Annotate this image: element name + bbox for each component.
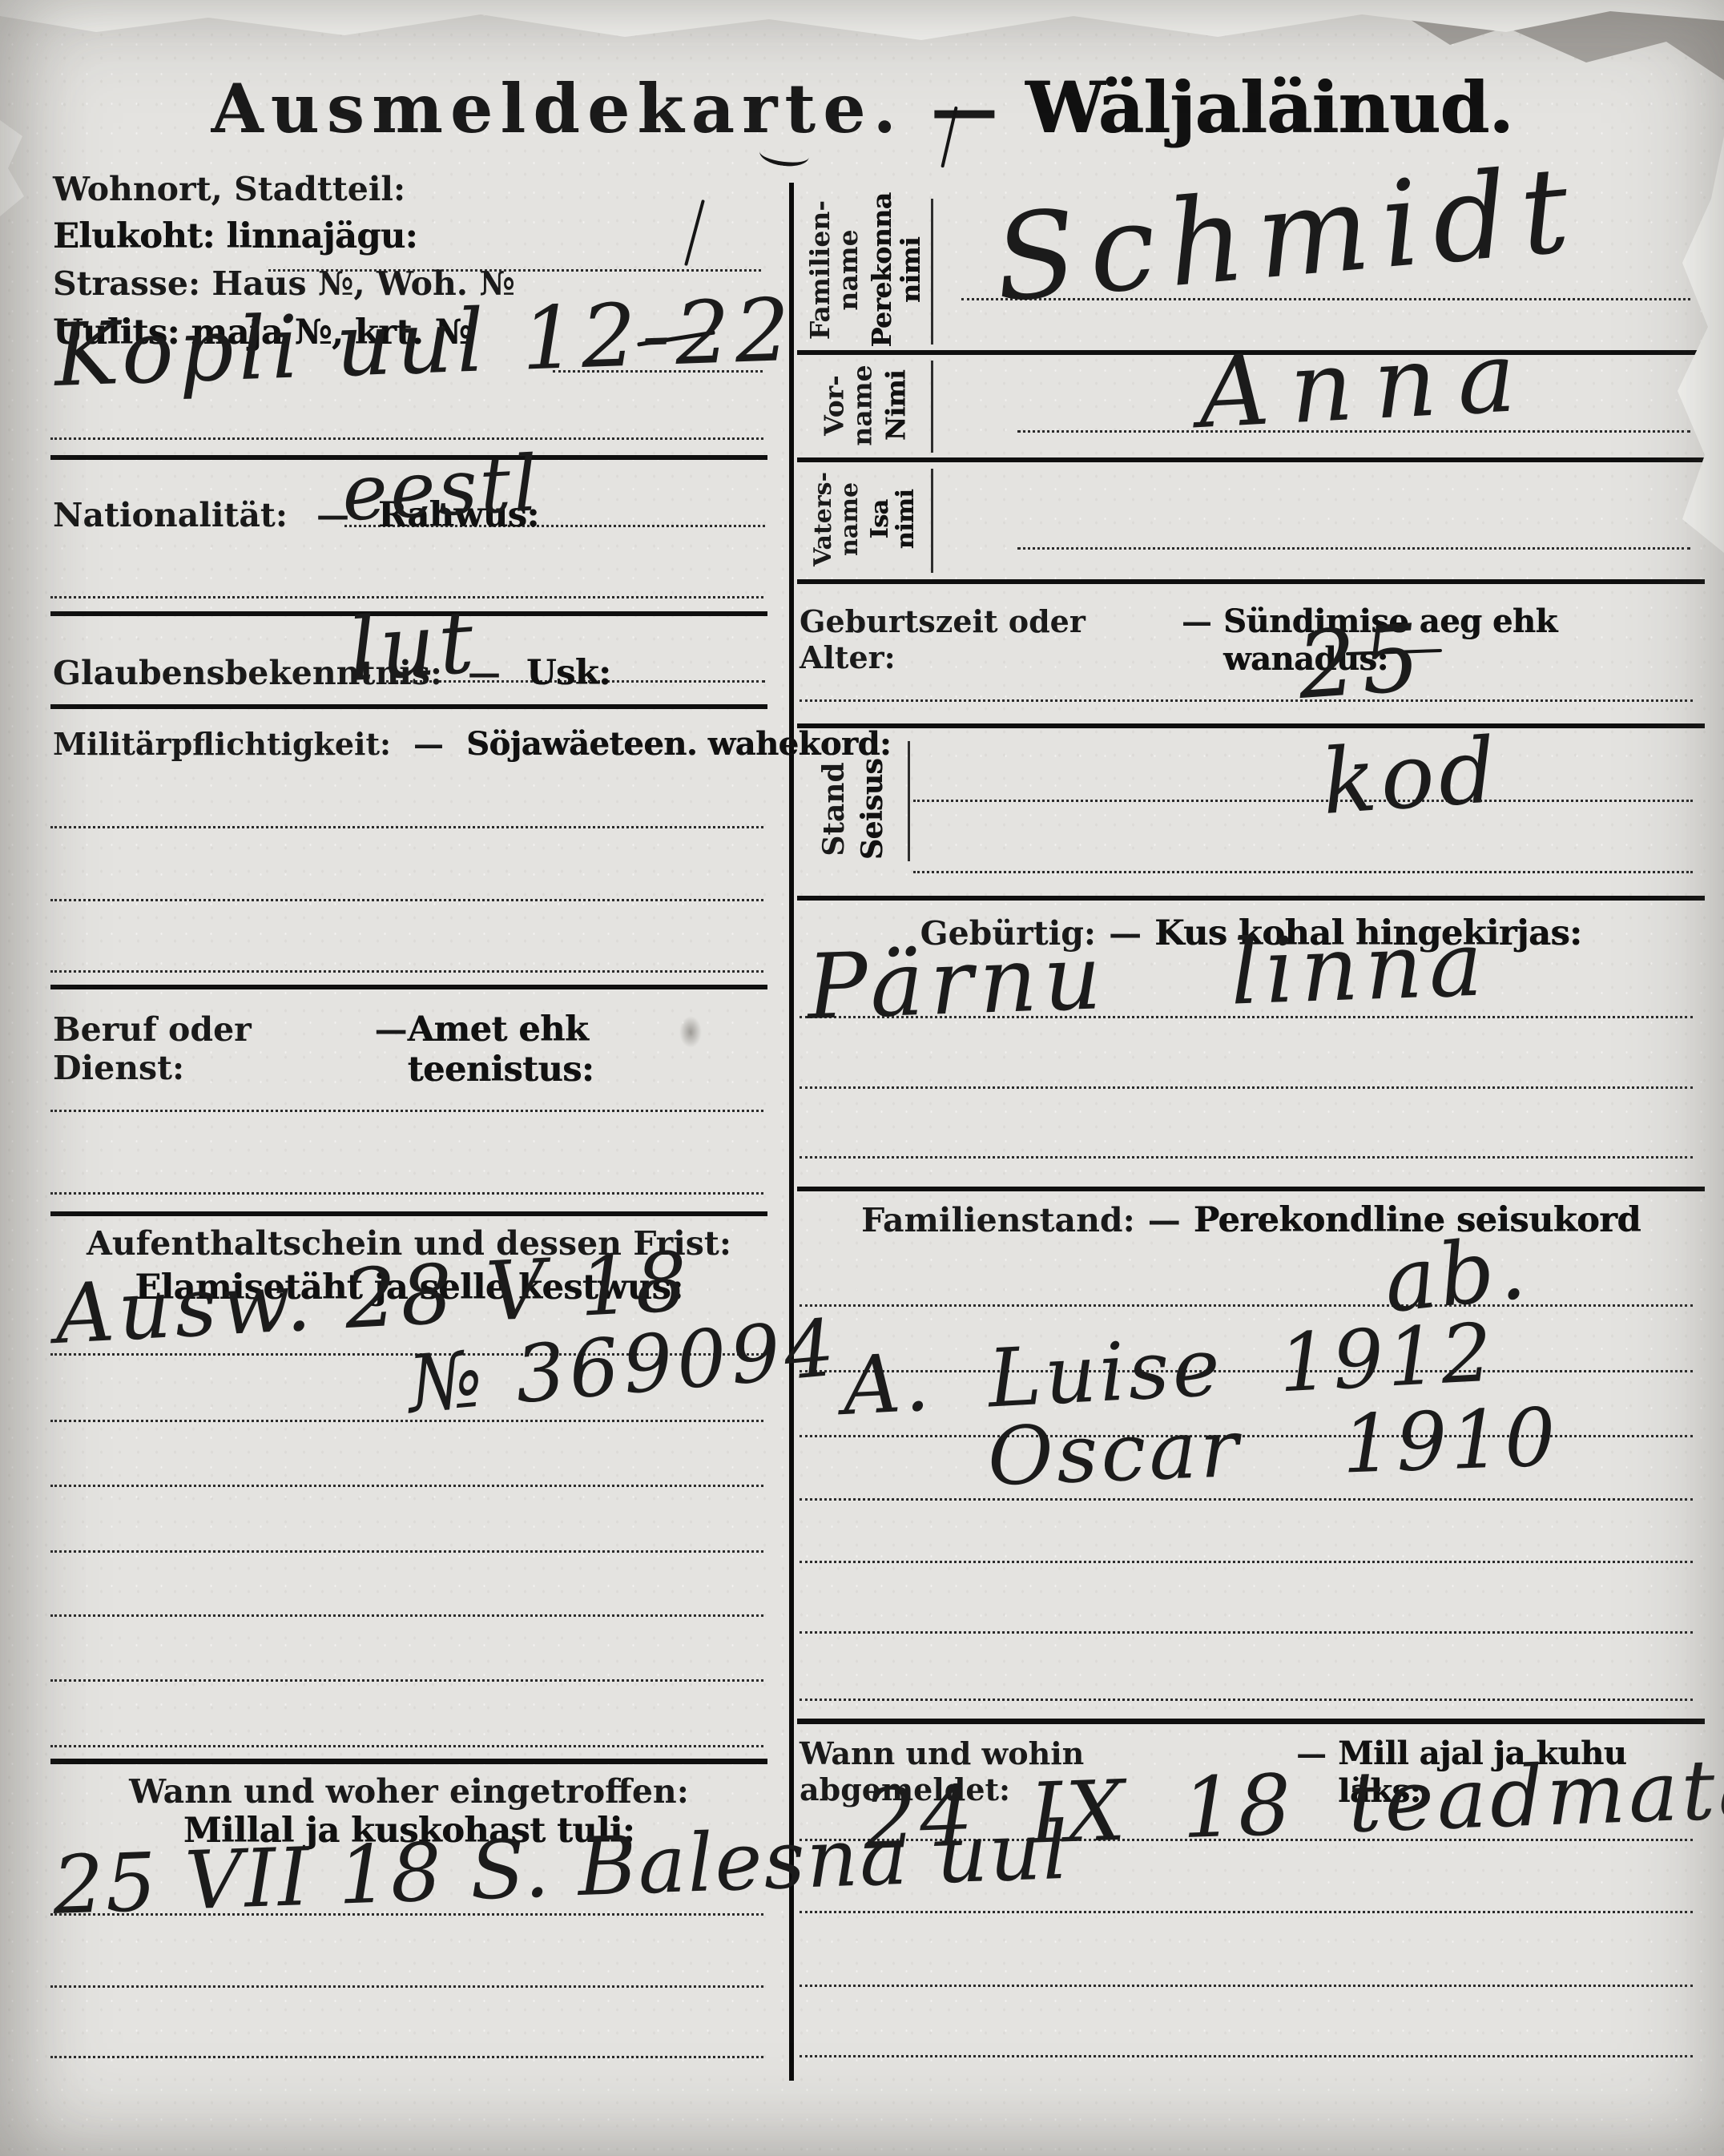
title-estonian: Wäljaläinud. [1025,66,1513,149]
label-vatersname: Vaters- name [811,472,863,566]
section-rule [50,985,767,989]
paper-smudge [679,1016,702,1048]
label-nimi: Nimi [881,370,910,441]
row-military: Militärpflichtigkeit: — Söjawäeteen. wah… [53,725,891,763]
dotted-line [800,1498,1693,1501]
section-rule [797,896,1705,901]
dotted-line [50,1679,763,1682]
dotted-line [800,1086,1693,1089]
label-militaerpflichtigkeit: Militärpflichtigkeit: [53,726,391,762]
row-religion: Glaubensbekenntnis: — Usk: [53,653,610,693]
dotted-line [50,1745,763,1747]
row-occupation: Beruf oder Dienst: — Amet ehk teenistus: [53,1009,764,1090]
label-stand: Stand [817,762,851,856]
handwriting-nationality: eestl [340,438,542,538]
label-wohnort-stadtteil: Wohnort, Stadtteil: [53,170,405,208]
label-familienstand: Familienstand: [861,1201,1135,1239]
dotted-line [800,1699,1693,1701]
label-amet-teenistus: Amet ehk teenistus: [408,1009,764,1090]
dotted-line [800,1304,1693,1307]
handwriting-child-2: Oscar 1910 [986,1390,1561,1504]
row-family-status: Familienstand: — Perekondline seisukord [797,1200,1705,1240]
dotted-line [50,2056,763,2058]
handwriting-age: 25 [1295,604,1428,720]
dotted-line [800,1911,1693,1913]
card-title: Ausmeldekarte. — Wäljaläinud. [0,66,1724,149]
section-rule [50,1759,767,1764]
label-wann-woher-eingetroffen: Wann und woher eingetroffen: [50,1772,767,1811]
dotted-line [800,1631,1693,1634]
separator-dash: — [1182,603,1212,639]
dotted-line [800,1985,1693,1987]
section-rule [50,1211,767,1216]
rotated-label-first-name: Vor- name Nimi [797,353,933,459]
row-birth-age: Geburtszeit oder Alter: — Sündimise aeg … [800,602,1705,678]
dotted-line [913,800,1693,802]
section-rule [797,579,1705,584]
dotted-line [50,1614,763,1617]
dotted-line [50,1192,763,1195]
torn-edge-top [0,0,1724,48]
center-divider-line [789,183,794,2081]
label-nationalitaet: Nationalität: [53,496,288,534]
torn-edge-right [1673,136,1724,553]
label-geburtszeit-alter: Geburtszeit oder Alter: [800,603,1170,675]
label-familienname: Familien- name [806,200,863,340]
dotted-line [800,1561,1693,1563]
dotted-line [913,871,1693,873]
rotated-label-father-name: Vaters- name Isa nimi [797,459,933,579]
label-usk: Usk: [526,653,610,693]
dotted-line [50,1110,763,1112]
label-perekonna-nimi: Perekonna nimi [868,192,924,347]
label-beruf-dienst: Beruf oder Dienst: [53,1010,375,1087]
dotted-line [800,2055,1693,2057]
title-separator: — [931,69,998,148]
section-rule [50,704,767,709]
handwriting-first-name: Anna [1196,319,1540,450]
dotted-line [1017,547,1690,550]
handwriting-religion: lut [345,592,480,701]
dotted-line [50,437,763,440]
label-vorname: Vor- name [820,365,876,445]
dotted-line [800,699,1693,702]
dotted-line [50,970,763,973]
rotated-label-status: Stand Seisus [797,727,909,892]
separator-dash: — [375,1010,408,1049]
label-isa-nimi: Isa nimi [868,490,920,549]
dotted-line [50,826,763,828]
registration-card: Ausmeldekarte. — Wäljaläinud. Wohnort, S… [0,0,1724,2156]
dotted-line [800,1156,1693,1159]
section-rule [797,723,1705,728]
separator-dash: — [1148,1201,1181,1239]
section-rule [797,1719,1705,1724]
title-german: Ausmeldekarte. [211,69,904,148]
dotted-line [50,1550,763,1553]
separator-dash: — [413,726,444,762]
label-seisus: Seisus [856,759,889,860]
dotted-line [50,1985,763,1988]
dotted-line [50,899,763,901]
section-rule [797,1187,1705,1191]
pen-slash-mark [684,199,705,266]
label-elukoht-linnajagu: Elukoht: linnajägu: [53,216,417,256]
dotted-line [50,1485,763,1487]
dotted-line [50,1420,763,1422]
rotated-label-family-name: Familien- name Perekonna nimi [797,187,933,353]
handwriting-status: kod [1319,719,1504,835]
